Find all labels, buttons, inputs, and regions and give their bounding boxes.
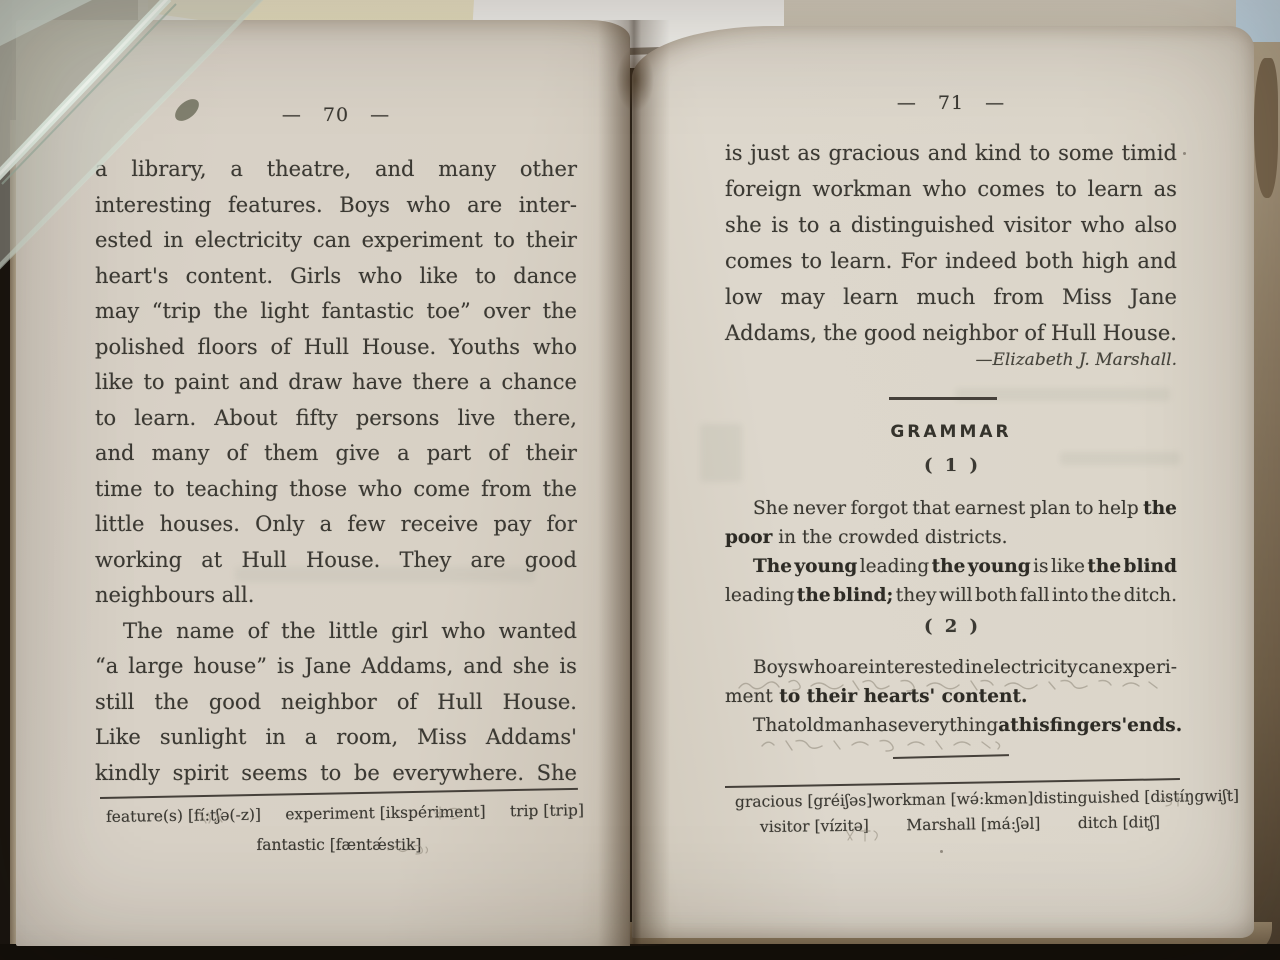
text-line: tolearn.Aboutfiftypersonslivethere,	[95, 401, 577, 437]
pencil-mark	[196, 810, 226, 826]
text-line: poor in the crowded districts.	[725, 523, 1177, 552]
text-line: Addams,thegoodneighborofHullHouse.	[725, 315, 1177, 351]
cover-tear-spot	[1254, 58, 1278, 198]
text-line: timetoteachingthosewhocomefromthe	[95, 472, 577, 508]
text-line: may“tripthelightfantastictoe”overthe	[95, 294, 577, 330]
footnote-entry: trip [trip]	[510, 801, 584, 820]
text-line: littlehouses.Onlyafewreceivepayfor	[95, 507, 577, 543]
pencil-annotation	[735, 676, 1165, 696]
grammar-section-1-label: ( 1 )	[725, 455, 1177, 476]
text-line: alibrary,atheatre,andmanyother	[95, 152, 577, 188]
footnote-row-left-2: fantastic [fæntǽstik]	[100, 836, 578, 854]
grammar-heading: GRAMMAR	[725, 422, 1177, 442]
book-gutter	[598, 20, 670, 946]
author-signature: —Elizabeth J. Marshall.	[725, 350, 1205, 370]
pencil-mark	[842, 826, 882, 844]
pencil-annotation	[758, 736, 1008, 754]
text-line: neighbours all.	[95, 578, 577, 614]
text-line: kindlyspiritseemstobeeverywhere.She	[95, 756, 577, 792]
page-number-right: — 71 —	[725, 92, 1177, 114]
paper-speck	[940, 850, 943, 853]
text-line: andmanyofthemgiveapartoftheir	[95, 436, 577, 472]
gutter-shadow	[616, 48, 654, 112]
footnote-entry: feature(s) [fí:tʃə(-z)]	[106, 806, 261, 826]
footnote-entry: gracious [gréiʃəs]	[735, 791, 873, 811]
text-line: leadingtheblind;theywillbothfallintothed…	[725, 581, 1177, 610]
text-line: Sheneverforgotthatearnestplantohelpthe	[725, 494, 1177, 523]
footnote-entry: ditch [ditʃ]	[1078, 813, 1160, 832]
grammar-section-2-label: ( 2 )	[725, 616, 1177, 637]
page-number-left: — 70 —	[95, 104, 577, 126]
section-divider	[889, 397, 997, 400]
text-line: comestolearn.Forindeedbothhighand	[725, 243, 1177, 279]
text-line: stillthegoodneighborofHullHouse.	[95, 685, 577, 721]
text-line: sheistoadistinguishedvisitorwhoalso	[725, 207, 1177, 243]
pencil-mark	[432, 804, 466, 822]
text-line: Likesunlightinaroom,MissAddams'	[95, 720, 577, 756]
paper-speck	[1183, 152, 1186, 155]
body-text-right: isjustasgraciousandkindtosometimidforeig…	[725, 135, 1177, 351]
footnote-entry: workman [wə́:kmən]	[872, 789, 1033, 809]
grammar-section-2-text: Boyswhoareinterestedinelectricitycanexpe…	[725, 653, 1177, 740]
text-line: workingatHullHouse.Theyaregood	[95, 543, 577, 579]
text-line: liketopaintanddrawhavethereachance	[95, 365, 577, 401]
footnote-entry: Marshall [má:ʃəl]	[906, 815, 1040, 835]
text-line: lowmaylearnmuchfromMissJane	[725, 279, 1177, 315]
text-line: polishedfloorsofHullHouse.Youthswho	[95, 330, 577, 366]
book-photo: — 70 — alibrary,atheatre,andmanyotherint…	[0, 0, 1280, 960]
text-line: heart'scontent.Girlswholiketodance	[95, 259, 577, 295]
footnote-entry: distinguished [distíŋgwiʃt]	[1033, 787, 1239, 808]
table-edge-bottom	[0, 944, 1280, 960]
text-line: foreignworkmanwhocomestolearnas	[725, 171, 1177, 207]
pencil-mark	[386, 842, 430, 856]
text-line: Theyoungleadingtheyoungisliketheblind	[725, 552, 1177, 581]
body-text-left: alibrary,atheatre,andmanyotherinterestin…	[95, 152, 577, 791]
text-line: isjustasgraciousandkindtosometimid	[725, 135, 1177, 171]
text-line: interestingfeatures.Boyswhoareinter-	[95, 188, 577, 224]
pencil-mark	[1156, 793, 1192, 809]
grammar-section-1-text: Sheneverforgotthatearnestplantohelpthepo…	[725, 494, 1177, 610]
text-line: estedinelectricitycanexperimenttotheir	[95, 223, 577, 259]
text-line: Thenameofthelittlegirlwhowanted	[95, 614, 577, 650]
text-line: “alargehouse”isJaneAddams,andsheis	[95, 649, 577, 685]
